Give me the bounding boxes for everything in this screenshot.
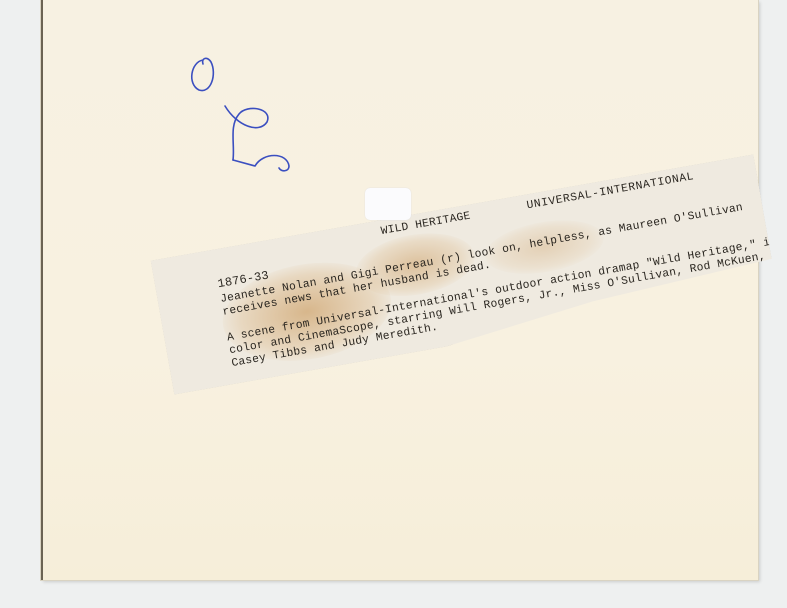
- handwritten-number-icon: [181, 48, 301, 178]
- tape-piece: [365, 188, 411, 220]
